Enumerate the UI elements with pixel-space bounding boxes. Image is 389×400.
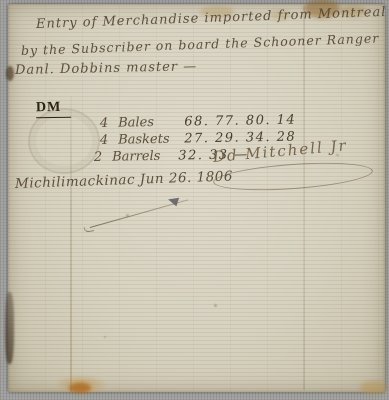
cargo-item: Barrels xyxy=(112,149,168,165)
edge-stain xyxy=(6,66,14,81)
cargo-quantity: 2 xyxy=(94,150,108,165)
burn-stain-core xyxy=(69,383,91,393)
manuscript-paper: Entry of Merchandise imported from Montr… xyxy=(8,4,385,392)
pen-squiggle xyxy=(84,225,95,233)
cargo-item: Baskets xyxy=(118,132,174,148)
edge-stain xyxy=(5,292,14,364)
place-dateline: Michilimackinac Jun 26. 1806 xyxy=(15,168,233,192)
header-line-2: by the Subscriber on board the Schooner … xyxy=(21,30,380,57)
cargo-quantity: 4 xyxy=(100,116,114,131)
fold-crease-right xyxy=(303,6,305,390)
cargo-quantity: 4 xyxy=(100,133,114,148)
header-line-3: Danl. Dobbins master — xyxy=(15,59,197,78)
shipping-mark: DM xyxy=(36,100,72,119)
cargo-package-numbers: 68. 77. 80. 14 xyxy=(184,113,296,130)
fleck xyxy=(104,336,106,338)
cargo-line: 4 Bales 68. 77. 80. 14 xyxy=(100,113,296,131)
fleck xyxy=(214,304,217,307)
corner-stain xyxy=(360,381,387,394)
cargo-item: Bales xyxy=(118,115,174,131)
scanned-document-screenshot: Entry of Merchandise imported from Montr… xyxy=(0,0,389,400)
